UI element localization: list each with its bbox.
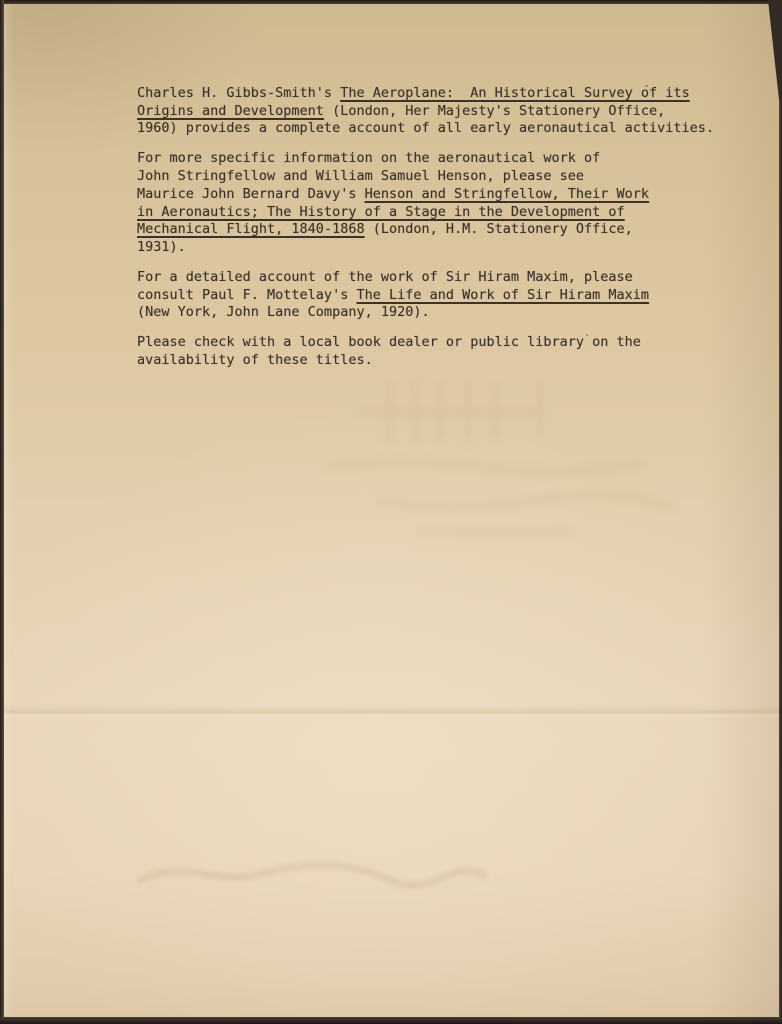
scan-edge-highlight [4,0,13,1024]
fold-crease [0,705,782,719]
paragraph: For more specific information on the aer… [137,150,714,256]
text-segment: Please check with a local book dealer or… [137,334,641,350]
paragraph: Charles H. Gibbs-Smith's The Aeroplane: … [137,85,714,138]
underlined-book-title: The Aeroplane: An Historical Survey of i… [340,85,690,101]
text-line: Mechanical Flight, 1840-1868 (London, H.… [137,221,714,239]
underlined-book-title: Henson and Stringfellow, Their Work [365,186,649,202]
text-line: Charles H. Gibbs-Smith's The Aeroplane: … [137,85,714,103]
text-segment: 1960) provides a complete account of all… [137,120,714,136]
text-segment: For more specific information on the aer… [137,150,600,166]
text-line: consult Paul F. Mottelay's The Life and … [137,287,714,305]
scan-edge-top [0,0,782,4]
underlined-book-title: The Life and Work of Sir Hiram Maxim [356,287,649,303]
text-line: 1931). [137,239,714,257]
text-segment: Maurice John Bernard Davy's [137,186,365,202]
text-line: John Stringfellow and William Samuel Hen… [137,168,714,186]
underlined-book-title: in Aeronautics; The History of a Stage i… [137,204,625,220]
text-line: in Aeronautics; The History of a Stage i… [137,204,714,222]
text-block: Charles H. Gibbs-Smith's The Aeroplane: … [137,85,714,382]
text-line: For a detailed account of the work of Si… [137,269,714,287]
text-line: 1960) provides a complete account of all… [137,120,714,138]
scan-edge-bottom [0,1017,782,1024]
text-segment: (London, Her Majesty's Stationery Office… [324,103,665,119]
text-line: Origins and Development (London, Her Maj… [137,103,714,121]
scanned-paper-page: Charles H. Gibbs-Smith's The Aeroplane: … [0,0,782,1024]
text-segment: (New York, John Lane Company, 1920). [137,304,430,320]
text-line: For more specific information on the aer… [137,150,714,168]
text-segment: consult Paul F. Mottelay's [137,287,356,303]
text-segment: For a detailed account of the work of Si… [137,269,633,285]
scan-edge-left [0,0,4,1024]
showthrough-ghost-text [240,372,710,552]
paragraph: For a detailed account of the work of Si… [137,269,714,322]
underlined-book-title: Origins and Development [137,103,324,119]
scan-edge-corner [768,0,782,100]
text-line: availability of these titles. [137,352,714,370]
text-segment: availability of these titles. [137,352,373,368]
text-line: Please check with a local book dealer or… [137,334,714,352]
underlined-book-title: Mechanical Flight, 1840-1868 [137,221,365,237]
text-line: (New York, John Lane Company, 1920). [137,304,714,322]
text-segment: (London, H.M. Stationery Office, [365,221,633,237]
text-segment: Charles H. Gibbs-Smith's [137,85,340,101]
showthrough-ghost-signature [130,838,510,908]
text-segment: 1931). [137,239,186,255]
text-line: Maurice John Bernard Davy's Henson and S… [137,186,714,204]
paragraph: Please check with a local book dealer or… [137,334,714,369]
text-segment: John Stringfellow and William Samuel Hen… [137,168,584,184]
